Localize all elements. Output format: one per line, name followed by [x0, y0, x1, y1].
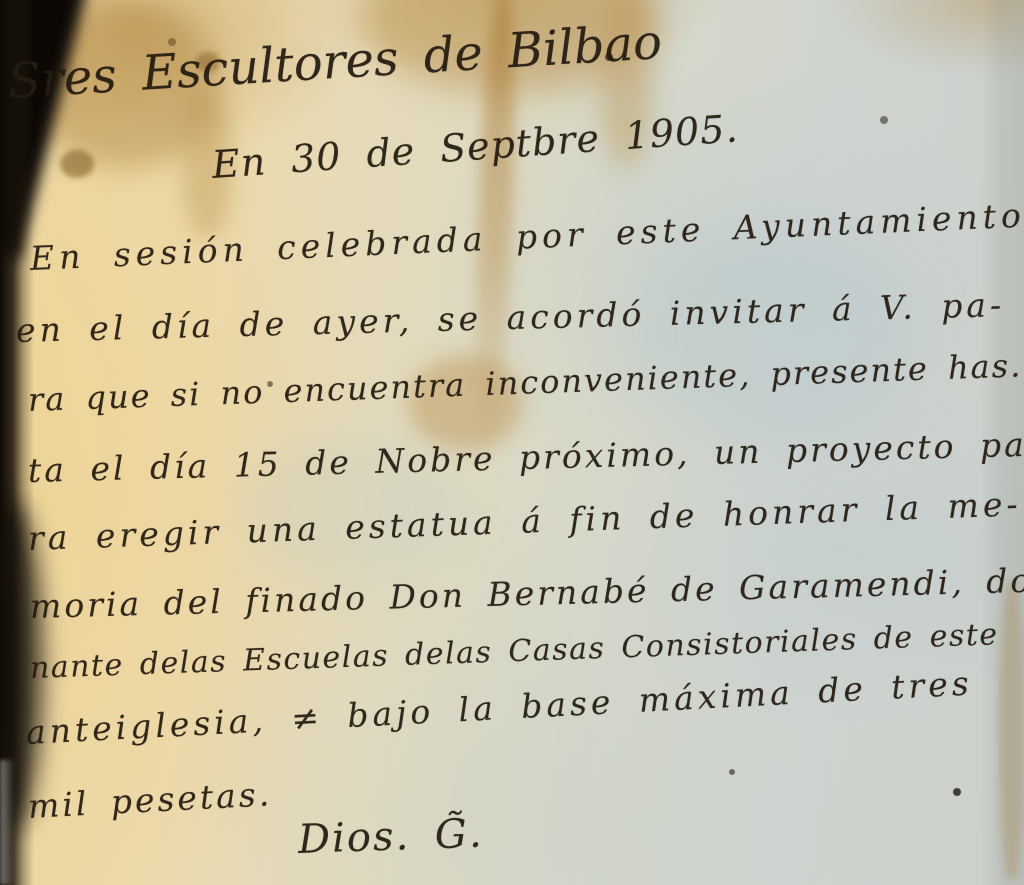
paper-specks	[0, 0, 4, 4]
body-line-5: ra eregir una estatua á fin de honrar la…	[27, 487, 1022, 555]
body-line-9: mil pesetas.	[27, 777, 273, 823]
letter-closing: Dios. G̃.	[297, 814, 484, 860]
paper-mottling	[620, 230, 920, 440]
stain-dot	[60, 150, 94, 178]
letter-date-line: En 30 de Septbre 1905.	[211, 109, 740, 184]
body-line-4: ta el día 15 de Nobre próximo, un proyec…	[28, 427, 1024, 487]
photo-edge-grey	[0, 760, 15, 885]
letter-heading: Sres Escultores de Bilbao	[7, 18, 664, 106]
body-line-2: en el día de ayer, se acordó invitar á V…	[16, 288, 1006, 347]
stain-right-edge	[1000, 580, 1024, 880]
body-line-1: En sesión celebrada por este Ayuntamient…	[29, 199, 1024, 275]
gutter-shadow-corner	[0, 0, 87, 259]
body-line-3: ra que si no encuentra inconveniente, pr…	[27, 349, 1022, 416]
manuscript-photo: Sres Escultores de Bilbao En 30 de Septb…	[0, 0, 1024, 885]
body-line-6: moria del finado Don Bernabé de Garamend…	[30, 563, 1024, 623]
gutter-shadow-left	[0, 0, 34, 885]
